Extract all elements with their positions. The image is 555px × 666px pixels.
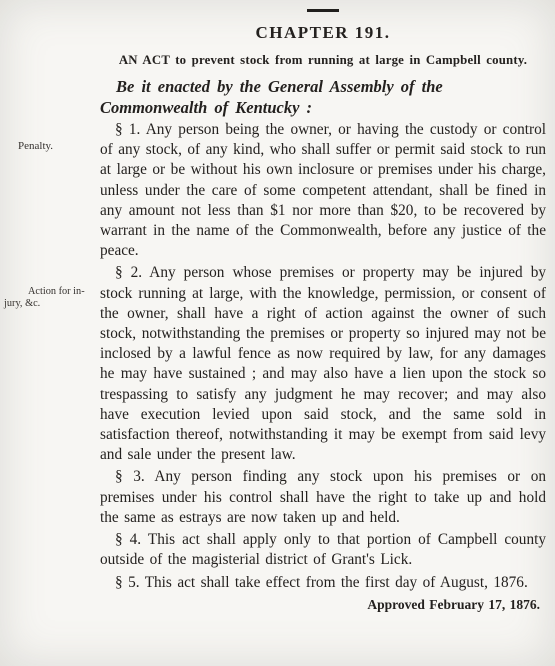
margin-note-penalty: Penalty. bbox=[18, 141, 53, 153]
margin-note-action-line-2: jury, &c. bbox=[4, 298, 99, 310]
enacting-clause: Be it enacted by the General Assembly of… bbox=[100, 76, 546, 118]
section-2-paragraph: § 2. Any person whose premises or proper… bbox=[100, 263, 546, 465]
margin-note-action-line-1: Action for in- bbox=[4, 286, 99, 298]
section-4-paragraph: § 4. This act shall apply only to that p… bbox=[100, 530, 546, 570]
section-3-paragraph: § 3. Any person finding any stock upon h… bbox=[100, 467, 546, 528]
document-page: Penalty. Action for in- jury, &c. CHAPTE… bbox=[0, 0, 555, 666]
approval-line: Approved February 17, 1876. bbox=[100, 597, 546, 613]
act-title: AN ACT to prevent stock from running at … bbox=[100, 53, 546, 68]
margin-note-action-for-injury: Action for in- jury, &c. bbox=[4, 286, 99, 309]
text-block: CHAPTER 191. AN ACT to prevent stock fro… bbox=[100, 0, 546, 613]
section-5-paragraph: § 5. This act shall take effect from the… bbox=[100, 573, 546, 593]
chapter-divider-rule bbox=[307, 9, 339, 12]
section-1-paragraph: § 1. Any person being the owner, or havi… bbox=[100, 120, 546, 261]
chapter-heading: CHAPTER 191. bbox=[100, 24, 546, 43]
margin-note-penalty-text: Penalty. bbox=[18, 141, 53, 153]
